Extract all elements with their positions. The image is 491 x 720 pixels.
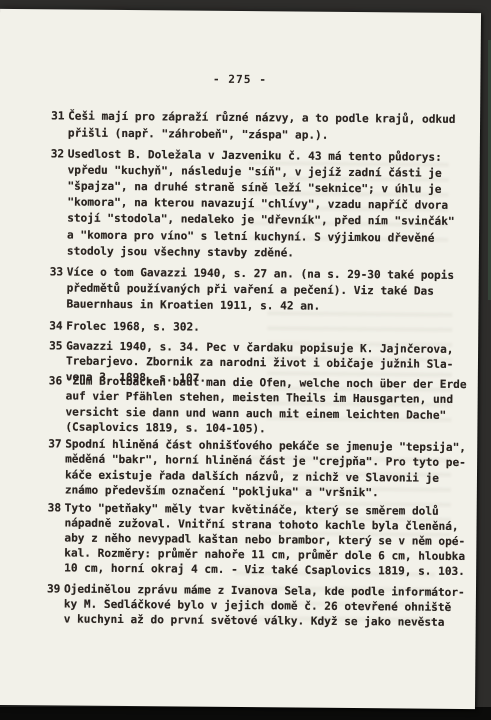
footnote-number: 35 bbox=[49, 338, 62, 354]
footnote-number: 31 bbox=[51, 108, 65, 125]
footnote-text: Ojedinělou zprávu máme z Ivanova Sela, k… bbox=[64, 581, 477, 630]
footnote-number: 36 bbox=[49, 373, 62, 388]
footnote-37: 37 Spodní hliněná část ohnišťového pekáč… bbox=[48, 436, 479, 501]
footnote-number: 32 bbox=[51, 146, 65, 162]
footnote-text: Spodní hliněná část ohnišťového pekáče s… bbox=[65, 437, 479, 502]
footnote-number: 34 bbox=[49, 318, 62, 334]
footnote-34: 34 Frolec 1968, s. 302. bbox=[49, 318, 479, 338]
footnote-text: Více o tom Gavazzi 1940, s. 27 an. (na s… bbox=[66, 265, 479, 317]
footnote-32: 32 Usedlost B. Doležala v Jazveniku č. 4… bbox=[50, 146, 481, 263]
footnote-text: Tyto "petňaky" měly tvar květináče, kter… bbox=[64, 500, 478, 579]
footnote-number: 33 bbox=[50, 264, 63, 280]
footnote-text: Usedlost B. Doležala v Jazveniku č. 43 m… bbox=[67, 146, 481, 263]
footnote-text: Frolec 1968, s. 302. bbox=[66, 318, 479, 338]
footnote-36: 36 "Zum Brotbacken baut man die Ofen, we… bbox=[48, 373, 479, 438]
footnote-31: 31 Češi mají pro zápraží různé názvy, a … bbox=[51, 108, 481, 145]
footnote-text: "Zum Brotbacken baut man die Ofen, welch… bbox=[65, 374, 479, 439]
footnote-number: 39 bbox=[47, 581, 60, 596]
footnote-text: Češi mají pro zápraží různé názvy, a to … bbox=[68, 109, 481, 146]
footnote-38: 38 Tyto "petňaky" měly tvar květináče, k… bbox=[47, 500, 478, 579]
footnote-33: 33 Více o tom Gavazzi 1940, s. 27 an. (n… bbox=[49, 264, 479, 316]
footnote-number: 38 bbox=[48, 500, 61, 515]
footnote-39: 39 Ojedinělou zprávu máme z Ivanova Sela… bbox=[47, 581, 477, 630]
footnote-number: 37 bbox=[48, 436, 61, 451]
page-number: - 275 - bbox=[0, 71, 480, 88]
scan-bottom-band bbox=[0, 707, 491, 720]
scanned-page: - 275 - 31 Češi mají pro zápraží různé n… bbox=[0, 9, 481, 709]
